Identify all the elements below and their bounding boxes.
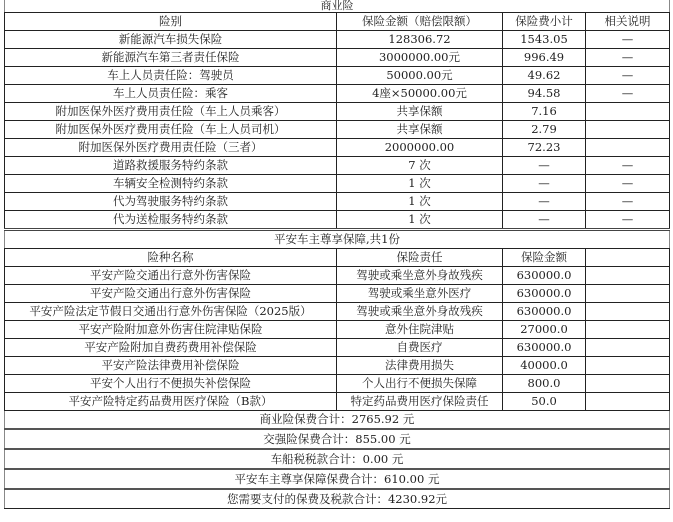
table-row: 平安产险附加意外伤害住院津贴保险 意外住院津贴 27000.0: [5, 321, 670, 339]
insurance-table: 商业险 险别 保险金额（赔偿限额） 保险费小计 相关说明 新能源汽车损失保险 1…: [4, 0, 670, 509]
coverage-name: 代为驾驶服务特约条款: [5, 193, 337, 211]
commercial-title-row: 商业险: [5, 0, 670, 13]
table-row: 道路救援服务特约条款 7 次 — —: [5, 157, 670, 175]
coverage-note: —: [586, 49, 670, 67]
header-liability: 保险责任: [337, 249, 503, 267]
coverage-amount: 1 次: [337, 211, 503, 230]
product-liability: 个人出行不便损失保障: [337, 375, 503, 393]
exclusive-header-row: 险种名称 保险责任 保险金额: [5, 249, 670, 267]
coverage-note: [586, 139, 670, 157]
product-name: 平安产险法律费用补偿保险: [5, 357, 337, 375]
coverage-premium: —: [503, 175, 586, 193]
product-amount: 40000.0: [503, 357, 586, 375]
product-name: 平安产险法定节假日交通出行意外伤害保险（2025版）: [5, 303, 337, 321]
table-row: 附加医保外医疗费用责任险（车上人员乘客） 共享保额 7.16: [5, 103, 670, 121]
compulsory-premium-total: 交强险保费合计：855.00 元: [5, 429, 670, 449]
empty-cell: [586, 321, 670, 339]
coverage-premium: 7.16: [503, 103, 586, 121]
coverage-premium: —: [503, 157, 586, 175]
header-coverage-type: 险别: [5, 13, 337, 31]
coverage-name: 车上人员责任险：驾驶员: [5, 67, 337, 85]
table-row: 平安产险交通出行意外伤害保险 驾驶或乘坐意外医疗 630000.0: [5, 285, 670, 303]
table-row: 平安产险法律费用补偿保险 法律费用损失 40000.0: [5, 357, 670, 375]
exclusive-premium-total: 平安车主尊享保障保费合计：610.00 元: [5, 469, 670, 489]
coverage-note: —: [586, 67, 670, 85]
empty-cell: [586, 393, 670, 411]
coverage-name: 车上人员责任险：乘客: [5, 85, 337, 103]
header-empty: [586, 249, 670, 267]
coverage-name: 附加医保外医疗费用责任险（三者）: [5, 139, 337, 157]
exclusive-section-title: 平安车主尊享保障,共1份: [5, 230, 670, 249]
table-row: 平安个人出行不便损失补偿保险 个人出行不便损失保障 800.0: [5, 375, 670, 393]
product-amount: 630000.0: [503, 303, 586, 321]
total-row-commercial: 商业险保费合计：2765.92 元: [5, 411, 670, 430]
table-row: 平安产险法定节假日交通出行意外伤害保险（2025版） 驾驶或乘坐意外身故残疾 6…: [5, 303, 670, 321]
table-row: 平安产险交通出行意外伤害保险 驾驶或乘坐意外身故残疾 630000.0: [5, 267, 670, 285]
coverage-amount: 共享保额: [337, 103, 503, 121]
table-row: 代为驾驶服务特约条款 1 次 — —: [5, 193, 670, 211]
coverage-note: —: [586, 211, 670, 230]
coverage-name: 附加医保外医疗费用责任险（车上人员乘客）: [5, 103, 337, 121]
coverage-note: —: [586, 31, 670, 49]
product-liability: 意外住院津贴: [337, 321, 503, 339]
coverage-note: —: [586, 157, 670, 175]
table-row: 车上人员责任险：驾驶员 50000.00元 49.62 —: [5, 67, 670, 85]
header-sum-insured: 保险金额（赔偿限额）: [337, 13, 503, 31]
commercial-section-title: 商业险: [5, 0, 670, 13]
product-amount: 27000.0: [503, 321, 586, 339]
table-row: 新能源汽车损失保险 128306.72 1543.05 —: [5, 31, 670, 49]
header-amount: 保险金额: [503, 249, 586, 267]
coverage-note: —: [586, 85, 670, 103]
exclusive-title-row: 平安车主尊享保障,共1份: [5, 230, 670, 249]
coverage-name: 车辆安全检测特约条款: [5, 175, 337, 193]
empty-cell: [586, 303, 670, 321]
coverage-note: —: [586, 175, 670, 193]
product-amount: 630000.0: [503, 339, 586, 357]
empty-cell: [586, 285, 670, 303]
product-amount: 50.0: [503, 393, 586, 411]
coverage-premium: —: [503, 211, 586, 230]
product-name: 平安产险特定药品费用医疗保险（B款）: [5, 393, 337, 411]
coverage-name: 代为送检服务特约条款: [5, 211, 337, 230]
product-amount: 630000.0: [503, 267, 586, 285]
coverage-premium: 94.58: [503, 85, 586, 103]
product-name: 平安产险附加自费药费用补偿保险: [5, 339, 337, 357]
coverage-note: —: [586, 193, 670, 211]
empty-cell: [586, 339, 670, 357]
coverage-amount: 4座×50000.00元: [337, 85, 503, 103]
product-amount: 800.0: [503, 375, 586, 393]
table-row: 平安产险特定药品费用医疗保险（B款） 特定药品费用医疗保险责任 50.0: [5, 393, 670, 411]
table-row: 新能源汽车第三者责任保险 3000000.00元 996.49 —: [5, 49, 670, 67]
product-liability: 驾驶或乘坐意外身故残疾: [337, 267, 503, 285]
coverage-amount: 1 次: [337, 175, 503, 193]
table-row: 平安产险附加自费药费用补偿保险 自费医疗 630000.0: [5, 339, 670, 357]
product-liability: 自费医疗: [337, 339, 503, 357]
coverage-premium: 2.79: [503, 121, 586, 139]
total-row-grand: 您需要支付的保费及税款合计：4230.92元: [5, 489, 670, 509]
product-amount: 630000.0: [503, 285, 586, 303]
commercial-header-row: 险别 保险金额（赔偿限额） 保险费小计 相关说明: [5, 13, 670, 31]
coverage-amount: 50000.00元: [337, 67, 503, 85]
header-product-name: 险种名称: [5, 249, 337, 267]
coverage-premium: 996.49: [503, 49, 586, 67]
header-notes: 相关说明: [586, 13, 670, 31]
table-row: 附加医保外医疗费用责任险（三者） 2000000.00 72.23: [5, 139, 670, 157]
table-row: 代为送检服务特约条款 1 次 — —: [5, 211, 670, 230]
vessel-tax-total: 车船税税款合计：0.00 元: [5, 449, 670, 469]
insurance-quote-sheet: 商业险 险别 保险金额（赔偿限额） 保险费小计 相关说明 新能源汽车损失保险 1…: [4, 0, 669, 509]
coverage-note: [586, 121, 670, 139]
empty-cell: [586, 375, 670, 393]
empty-cell: [586, 357, 670, 375]
coverage-amount: 2000000.00: [337, 139, 503, 157]
coverage-name: 道路救援服务特约条款: [5, 157, 337, 175]
coverage-amount: 1 次: [337, 193, 503, 211]
total-row-compulsory: 交强险保费合计：855.00 元: [5, 429, 670, 449]
product-name: 平安产险交通出行意外伤害保险: [5, 267, 337, 285]
product-liability: 特定药品费用医疗保险责任: [337, 393, 503, 411]
commercial-premium-total: 商业险保费合计：2765.92 元: [5, 411, 670, 430]
table-row: 车辆安全检测特约条款 1 次 — —: [5, 175, 670, 193]
product-liability: 驾驶或乘坐意外身故残疾: [337, 303, 503, 321]
product-liability: 驾驶或乘坐意外医疗: [337, 285, 503, 303]
product-name: 平安产险交通出行意外伤害保险: [5, 285, 337, 303]
coverage-amount: 128306.72: [337, 31, 503, 49]
coverage-premium: 1543.05: [503, 31, 586, 49]
coverage-name: 新能源汽车第三者责任保险: [5, 49, 337, 67]
coverage-note: [586, 103, 670, 121]
grand-total: 您需要支付的保费及税款合计：4230.92元: [5, 489, 670, 509]
empty-cell: [586, 267, 670, 285]
coverage-amount: 共享保额: [337, 121, 503, 139]
header-premium-subtotal: 保险费小计: [503, 13, 586, 31]
coverage-premium: 72.23: [503, 139, 586, 157]
product-name: 平安个人出行不便损失补偿保险: [5, 375, 337, 393]
total-row-vessel-tax: 车船税税款合计：0.00 元: [5, 449, 670, 469]
table-row: 附加医保外医疗费用责任险（车上人员司机） 共享保额 2.79: [5, 121, 670, 139]
total-row-exclusive: 平安车主尊享保障保费合计：610.00 元: [5, 469, 670, 489]
coverage-amount: 3000000.00元: [337, 49, 503, 67]
coverage-amount: 7 次: [337, 157, 503, 175]
coverage-name: 新能源汽车损失保险: [5, 31, 337, 49]
table-row: 车上人员责任险：乘客 4座×50000.00元 94.58 —: [5, 85, 670, 103]
coverage-name: 附加医保外医疗费用责任险（车上人员司机）: [5, 121, 337, 139]
product-name: 平安产险附加意外伤害住院津贴保险: [5, 321, 337, 339]
coverage-premium: 49.62: [503, 67, 586, 85]
coverage-premium: —: [503, 193, 586, 211]
product-liability: 法律费用损失: [337, 357, 503, 375]
